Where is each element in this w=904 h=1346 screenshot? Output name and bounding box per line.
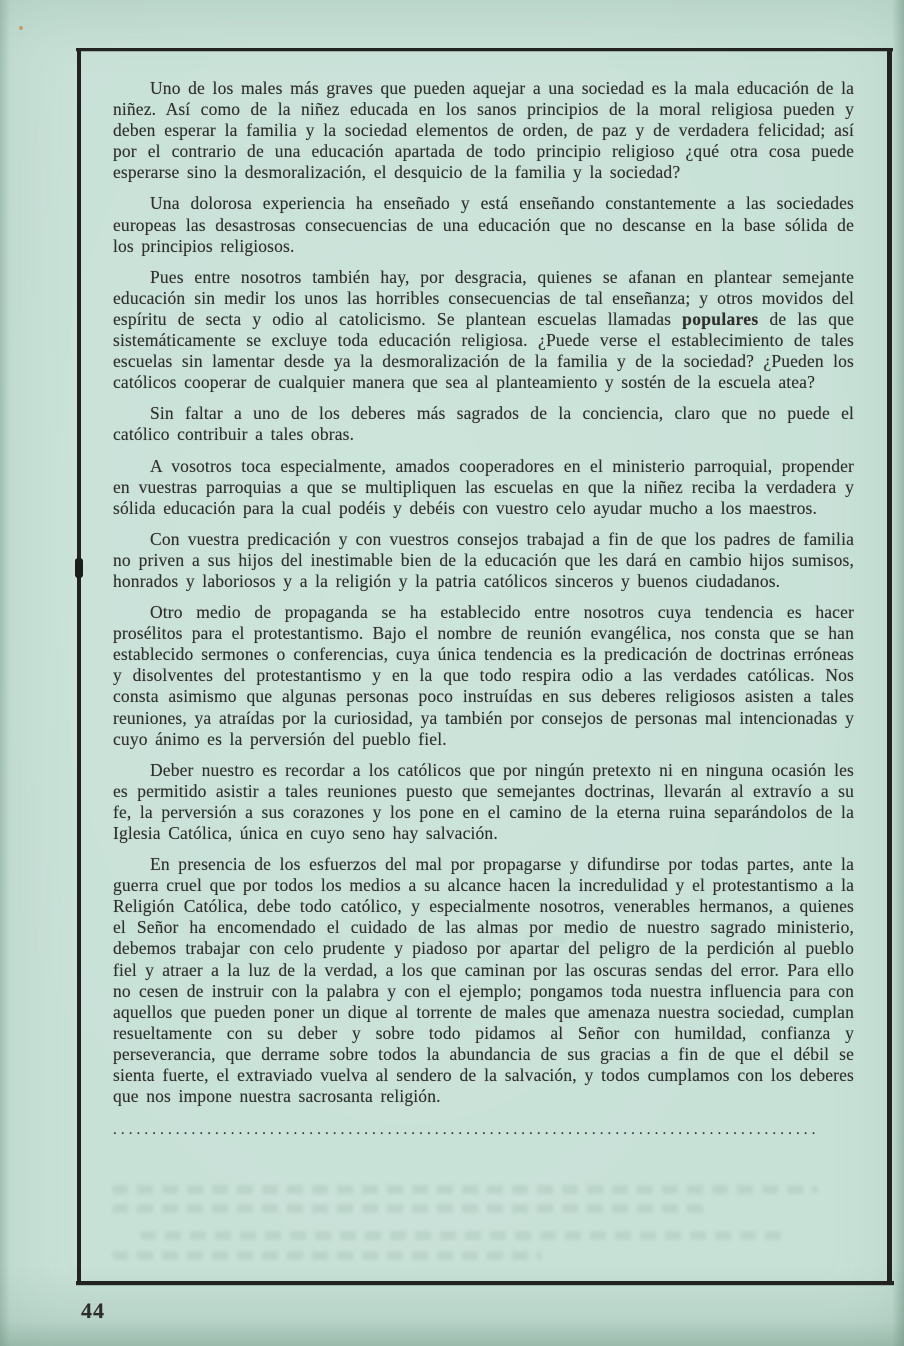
frame-top-border xyxy=(76,48,893,51)
text-block: Uno de los males más graves que pueden a… xyxy=(113,78,854,1274)
bleed-through-ghosting xyxy=(300,935,600,944)
paragraph: Otro medio de propaganda se ha estableci… xyxy=(113,602,854,750)
paragraph-text: Deber nuestro es recordar a los católico… xyxy=(113,760,854,843)
scan-edge-left-shading xyxy=(0,0,10,1346)
bleed-through-ghosting xyxy=(140,1231,788,1240)
frame-bottom-border xyxy=(76,1281,894,1285)
paragraph: Uno de los males más graves que pueden a… xyxy=(113,78,854,183)
ink-speck xyxy=(19,26,23,30)
paragraph: En presencia de los esfuerzos del mal po… xyxy=(113,854,854,1107)
page-number: 44 xyxy=(81,1298,105,1324)
paragraph-text: Otro medio de propaganda se ha estableci… xyxy=(113,602,854,749)
scanned-book-page: Uno de los males más graves que pueden a… xyxy=(0,0,904,1346)
paragraph-text: Sin faltar a uno de los deberes más sagr… xyxy=(113,403,854,444)
paragraph: Sin faltar a uno de los deberes más sagr… xyxy=(113,403,854,445)
paragraph: Una dolorosa experiencia ha enseñado y e… xyxy=(113,193,854,256)
frame-right-border xyxy=(887,51,892,1284)
paragraph: Pues entre nosotros también hay, por des… xyxy=(113,267,854,394)
paragraph: Con vuestra predicación y con vuestros c… xyxy=(113,529,854,592)
paragraph-text: Uno de los males más graves que pueden a… xyxy=(113,78,854,182)
paragraph-text: En presencia de los esfuerzos del mal po… xyxy=(113,854,854,1106)
paragraph: A vosotros toca especialmente, amados co… xyxy=(113,456,854,519)
paragraph-text: A vosotros toca especialmente, amados co… xyxy=(113,456,854,518)
scan-edge-right-shading xyxy=(892,0,904,1346)
scan-edge-bottom-shading xyxy=(0,1320,904,1346)
frame-ink-blotch xyxy=(75,558,83,578)
bleed-through-ghosting xyxy=(112,1185,818,1194)
paragraph: Deber nuestro es recordar a los católico… xyxy=(113,760,854,844)
paragraph-text: Una dolorosa experiencia ha enseñado y e… xyxy=(113,193,854,255)
frame-left-border xyxy=(77,48,81,1285)
bleed-through-ghosting xyxy=(112,1204,708,1213)
emphasized-word: populares xyxy=(682,309,758,329)
dotted-separator: ........................................… xyxy=(113,1122,854,1138)
bleed-through-ghosting xyxy=(112,1251,542,1260)
paragraph-text: Con vuestra predicación y con vuestros c… xyxy=(113,529,854,591)
